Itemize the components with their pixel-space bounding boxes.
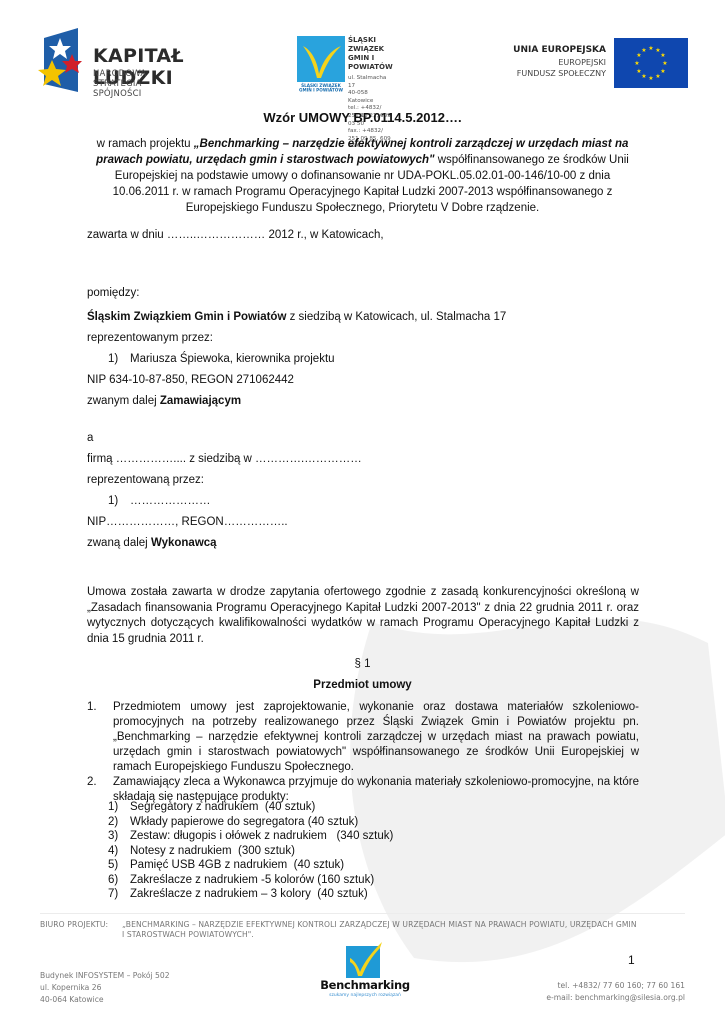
- party2-called-line: zwaną dalej Wykonawcą: [87, 537, 217, 549]
- and-label: a: [87, 432, 93, 444]
- zwiazek-name-line2: GMIN I POWIATÓW: [348, 54, 393, 72]
- party2-called-name: Wykonawcą: [151, 537, 217, 549]
- product-text: Pamięć USB 4GB z nadrukiem (40 sztuk): [130, 859, 344, 871]
- svg-text:★: ★: [648, 75, 653, 82]
- product-item: 3)Zestaw: długopis i ołówek z nadrukiem …: [108, 829, 393, 844]
- footer-email[interactable]: e-mail: benchmarking@silesia.org.pl: [470, 992, 685, 1004]
- document-title: Wzór UMOWY BP.0114.5.2012….: [0, 110, 725, 125]
- product-text: Zestaw: długopis i ołówek z nadrukiem (3…: [130, 830, 393, 842]
- footer-office-text-cont: I STAROSTWACH POWIATOWYCH".: [40, 930, 690, 940]
- footer-office-label: BIURO PROJEKTU:: [40, 920, 122, 930]
- ue-text-block: UNIA EUROPEJSKA EUROPEJSKI FUNDUSZ SPOŁE…: [500, 45, 606, 79]
- party2-firm-line: firmą …………….... z siedzibą w ………….……………: [87, 453, 362, 465]
- zwiazek-street: ul. Stalmacha 17: [348, 75, 393, 90]
- section-numbered-list: 1. Przedmiotem umowy jest zaprojektowani…: [87, 700, 639, 805]
- party2-rep-number: 1): [108, 495, 130, 507]
- product-number: 5): [108, 858, 130, 873]
- product-number: 6): [108, 873, 130, 888]
- product-number: 2): [108, 815, 130, 830]
- party1-seat: z siedzibą w Katowicach, ul. Stalmacha 1…: [286, 311, 506, 323]
- svg-text:★: ★: [641, 73, 646, 80]
- footer-address-line2: ul. Kopernika 26: [40, 982, 170, 994]
- list-item-number: 1.: [87, 700, 113, 775]
- footer-divider: [40, 913, 685, 914]
- ue-title: UNIA EUROPEJSKA: [500, 45, 606, 55]
- product-number: 4): [108, 844, 130, 859]
- eu-flag-icon: ★★★ ★★★ ★★★ ★★★: [614, 38, 688, 88]
- intro-paragraph: w ramach projektu „Benchmarking – narzęd…: [85, 136, 640, 216]
- svg-text:★: ★: [660, 52, 665, 59]
- party2-representative: 1)…………………: [108, 495, 211, 507]
- party1-called-prefix: zwanym dalej: [87, 395, 160, 407]
- svg-text:★: ★: [641, 47, 646, 54]
- svg-text:★: ★: [636, 68, 641, 75]
- basis-paragraph: Umowa została zawarta w drodze zapytania…: [87, 585, 639, 647]
- footer-office-text: „BENCHMARKING – NARZĘDZIE EFEKTYWNEJ KON…: [122, 920, 637, 929]
- efs-line1: EUROPEJSKI: [500, 57, 606, 68]
- footer-project-office: BIURO PROJEKTU:„BENCHMARKING – NARZĘDZIE…: [40, 920, 690, 940]
- benchmarking-logo-tagline: szukamy najlepszych rozwiązań: [320, 993, 410, 998]
- footer-address-line3: 40-064 Katowice: [40, 994, 170, 1006]
- product-text: Zakreślacze z nadrukiem -5 kolorów (160 …: [130, 874, 374, 886]
- product-item: 2)Wkłady papierowe do segregatora (40 sz…: [108, 815, 393, 830]
- party1-represented-by: reprezentowanym przez:: [87, 332, 213, 344]
- page-number: 1: [628, 953, 635, 967]
- efs-line2: FUNDUSZ SPOŁECZNY: [500, 68, 606, 79]
- intro-prefix: w ramach projektu: [97, 138, 194, 150]
- party1-line: Śląskim Związkiem Gmin i Powiatów z sied…: [87, 311, 506, 323]
- list-item-text: Przedmiotem umowy jest zaprojektowanie, …: [113, 700, 639, 775]
- benchmarking-logo-icon: [344, 940, 384, 978]
- products-list: 1)Segregatory z nadrukiem (40 sztuk) 2)W…: [108, 800, 393, 902]
- product-number: 3): [108, 829, 130, 844]
- svg-text:★: ★: [655, 73, 660, 80]
- zwiazek-logo-icon: ŚLĄSKI ZWIĄZEK GMIN I POWIATÓW: [297, 36, 345, 92]
- product-item: 1)Segregatory z nadrukiem (40 sztuk): [108, 800, 393, 815]
- product-text: Wkłady papierowe do segregatora (40 sztu…: [130, 816, 358, 828]
- svg-text:★: ★: [660, 68, 665, 75]
- kapital-ludzki-logo-icon: [36, 28, 84, 92]
- product-number: 7): [108, 887, 130, 902]
- between-label: pomiędzy:: [87, 287, 139, 299]
- svg-text:★: ★: [648, 45, 653, 52]
- zwiazek-contact-block: ŚLĄSKI ZWIĄZEK GMIN I POWIATÓW ul. Stalm…: [348, 36, 393, 151]
- party1-rep-number: 1): [108, 353, 130, 365]
- party1-called-name: Zamawiającym: [160, 395, 241, 407]
- footer-contact: tel. +4832/ 77 60 160; 77 60 161 e-mail:…: [470, 980, 685, 1004]
- party1-name: Śląskim Związkiem Gmin i Powiatów: [87, 311, 286, 323]
- product-item: 4)Notesy z nadrukiem (300 sztuk): [108, 844, 393, 859]
- footer-tel: tel. +4832/ 77 60 160; 77 60 161: [470, 980, 685, 992]
- footer-address: Budynek INFOSYSTEM – Pokój 502 ul. Koper…: [40, 970, 170, 1006]
- party2-ids: NIP………………, REGON……………..: [87, 516, 288, 528]
- product-item: 7)Zakreślacze z nadrukiem – 3 kolory (40…: [108, 887, 393, 902]
- zwiazek-city: 40-058 Katowice: [348, 90, 393, 105]
- product-text: Zakreślacze z nadrukiem – 3 kolory (40 s…: [130, 888, 368, 900]
- list-item: 1. Przedmiotem umowy jest zaprojektowani…: [87, 700, 639, 775]
- party2-represented-by: reprezentowaną przez:: [87, 474, 204, 486]
- svg-text:★: ★: [634, 60, 639, 67]
- section-number: § 1: [0, 658, 725, 670]
- party1-representative: 1)Mariusza Śpiewoka, kierownika projektu: [108, 353, 335, 365]
- party1-called-line: zwanym dalej Zamawiającym: [87, 395, 241, 407]
- party1-ids: NIP 634-10-87-850, REGON 271062442: [87, 374, 294, 386]
- svg-text:GMIN I POWIATÓW: GMIN I POWIATÓW: [299, 88, 343, 93]
- product-number: 1): [108, 800, 130, 815]
- footer-address-line1: Budynek INFOSYSTEM – Pokój 502: [40, 970, 170, 982]
- party1-rep-name: Mariusza Śpiewoka, kierownika projektu: [130, 353, 335, 365]
- zwiazek-name-line1: ŚLĄSKI ZWIĄZEK: [348, 36, 393, 54]
- svg-text:★: ★: [662, 60, 667, 67]
- product-item: 5)Pamięć USB 4GB z nadrukiem (40 sztuk): [108, 858, 393, 873]
- kapital-ludzki-subtitle: NARODOWA STRATEGIA SPÓJNOŚCI: [93, 69, 146, 99]
- benchmarking-logo-name: Benchmarking: [320, 978, 410, 992]
- product-item: 6)Zakreślacze z nadrukiem -5 kolorów (16…: [108, 873, 393, 888]
- party2-rep-name: …………………: [130, 495, 211, 507]
- party2-called-prefix: zwaną dalej: [87, 537, 151, 549]
- product-text: Notesy z nadrukiem (300 sztuk): [130, 845, 295, 857]
- concluded-date-line: zawarta w dniu ……..……………… 2012 r., w Kat…: [87, 229, 384, 241]
- section-title: Przedmiot umowy: [0, 679, 725, 691]
- product-text: Segregatory z nadrukiem (40 sztuk): [130, 801, 315, 813]
